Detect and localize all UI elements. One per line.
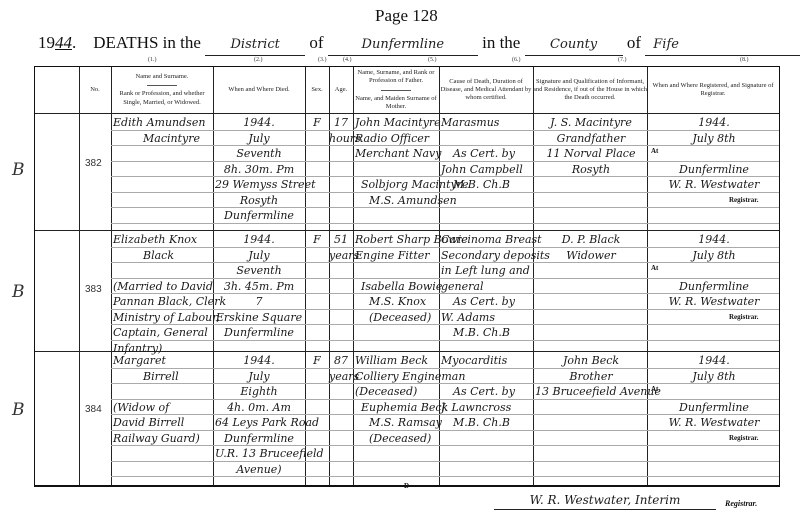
- footer-letter: D: [404, 482, 409, 490]
- cause-of-death: John Campbell: [441, 163, 533, 176]
- registration-details: July 8th: [649, 132, 779, 145]
- cause-of-death: M.B. Ch.B: [453, 416, 545, 429]
- cause-of-death: Secondary deposits: [441, 249, 533, 262]
- when-where-died: Dunfermline: [215, 432, 303, 445]
- deaths-label: DEATHS in the: [93, 33, 201, 52]
- father-details: John Macintyre: [355, 116, 439, 129]
- registrar-label: Registrar.: [729, 196, 779, 204]
- year-prefix: 19: [38, 33, 55, 52]
- deceased-rank: Infantry): [113, 342, 213, 355]
- deceased-rank: Railway Guard): [113, 432, 213, 445]
- when-where-died: 1944.: [215, 233, 303, 246]
- informant-details: Grandfather: [535, 132, 647, 145]
- registration-details: July 8th: [649, 249, 779, 262]
- footer-registrar-signature: W. R. Westwater, Interim: [494, 493, 716, 510]
- header-when-where: When and Where Died.: [213, 67, 305, 113]
- deceased-rank: (Married to David: [113, 280, 213, 293]
- deceased-rank: (Widow of: [113, 401, 213, 414]
- deceased-rank: Ministry of Labour,: [113, 311, 213, 324]
- deceased-rank: Pannan Black, Clerk: [113, 295, 213, 308]
- column-number-4: (4.): [343, 57, 352, 63]
- margin-mark-382: B: [12, 160, 25, 180]
- when-where-died: 4h. 0m. Am: [215, 401, 303, 414]
- registration-details: W. R. Westwater: [649, 295, 779, 308]
- registration-details: 1944.: [649, 233, 779, 246]
- deceased-name: Birrell: [143, 370, 213, 383]
- father-details: Colliery Engineman: [355, 370, 439, 383]
- when-where-died: July: [215, 249, 303, 262]
- cause-of-death: M.B. Ch.B: [453, 178, 545, 191]
- informant-details: John Beck: [535, 354, 647, 367]
- age-value: 87: [329, 354, 353, 367]
- cause-of-death: M.B. Ch.B: [453, 326, 545, 339]
- district-type: District: [205, 37, 305, 56]
- informant-details: Brother: [535, 370, 647, 383]
- when-where-died: 64 Leys Park Road: [215, 416, 303, 429]
- deceased-name: Macintyre: [143, 132, 213, 145]
- informant-details: Widower: [535, 249, 647, 262]
- age-value: years: [329, 370, 353, 383]
- cause-of-death: Marasmus: [441, 116, 533, 129]
- mother-details: (Deceased): [369, 432, 453, 445]
- age-value: 17: [329, 116, 353, 129]
- when-where-died: U.R. 13 Bruceefield: [215, 447, 303, 460]
- registration-details: Dunfermline: [649, 163, 779, 176]
- father-details: Robert Sharp Bowie: [355, 233, 439, 246]
- mother-details: M.S. Ramsay: [369, 416, 453, 429]
- entry-number: 383: [85, 284, 102, 295]
- father-details: Engine Fitter: [355, 249, 439, 262]
- cause-of-death: As Cert. by: [453, 147, 545, 160]
- when-where-died: Eighth: [215, 385, 303, 398]
- registration-details: Dunfermline: [649, 280, 779, 293]
- cause-of-death: As Cert. by: [453, 385, 545, 398]
- registration-details: 1944.: [649, 116, 779, 129]
- column-number-6: (6.): [512, 57, 521, 63]
- registration-details: 1944.: [649, 354, 779, 367]
- when-where-died: Seventh: [215, 147, 303, 160]
- deceased-name: Black: [143, 249, 213, 262]
- header-informant: Signature and Qualification of Informant…: [533, 67, 647, 113]
- registration-details: At: [651, 385, 781, 393]
- column-number-1: (1.): [148, 57, 157, 63]
- column-number-5: (5.): [428, 57, 437, 63]
- deceased-name: Margaret: [113, 354, 213, 367]
- registration-details: July 8th: [649, 370, 779, 383]
- header-parents: Name, Surname, and Rank or Profession of…: [353, 67, 439, 113]
- mother-details: Euphemia Beck: [361, 401, 445, 414]
- of-label-2: of: [627, 33, 641, 52]
- when-where-died: Rosyth: [215, 194, 303, 207]
- header-sex: Sex.: [305, 67, 329, 113]
- when-where-died: Dunfermline: [215, 326, 303, 339]
- column-number-7: (7.): [618, 57, 627, 63]
- when-where-died: 29 Wemyss Street: [215, 178, 303, 191]
- father-details: William Beck: [355, 354, 439, 367]
- registration-details: Dunfermline: [649, 401, 779, 414]
- header-no: No.: [79, 67, 111, 113]
- in-the-label: in the: [482, 33, 520, 52]
- deceased-name: Edith Amundsen: [113, 116, 213, 129]
- county-type: County: [525, 37, 623, 56]
- column-number-2: (2.): [254, 57, 263, 63]
- informant-details: 11 Norval Place: [535, 147, 647, 160]
- registration-details: At: [651, 147, 781, 155]
- cause-of-death: in Left lung and: [441, 264, 533, 277]
- when-where-died: 1944.: [215, 116, 303, 129]
- father-details: Merchant Navy: [355, 147, 439, 160]
- age-value: years: [329, 249, 353, 262]
- margin-mark-383: B: [12, 282, 25, 302]
- entry-number: 384: [85, 404, 102, 415]
- county-name: Fife: [645, 37, 800, 56]
- age-value: 51: [329, 233, 353, 246]
- informant-details: D. P. Black: [535, 233, 647, 246]
- year-suffix: 44: [55, 33, 72, 52]
- cause-of-death: Carcinoma Breast: [441, 233, 533, 246]
- when-where-died: Erskine Square: [215, 311, 303, 324]
- column-number-3: (3.): [318, 57, 327, 63]
- cause-of-death: As Cert. by: [453, 295, 545, 308]
- informant-details: 13 Bruceefield Avenue: [535, 385, 647, 398]
- cause-of-death: Myocarditis: [441, 354, 533, 367]
- when-where-died: 7: [215, 295, 303, 308]
- death-register-table: No. Name and Surname.Rank or Profession,…: [34, 66, 780, 487]
- header-age: Age.: [329, 67, 353, 113]
- deceased-rank: David Birrell: [113, 416, 213, 429]
- deceased-name: Elizabeth Knox: [113, 233, 213, 246]
- when-where-died: Dunfermline: [215, 209, 303, 222]
- entry-number: 382: [85, 158, 102, 169]
- district-name: Dunfermline: [328, 37, 478, 56]
- registrar-label: Registrar.: [729, 313, 779, 321]
- margin-mark-384: B: [12, 400, 25, 420]
- when-where-died: July: [215, 132, 303, 145]
- father-details: Radio Officer: [355, 132, 439, 145]
- mother-details: M.S. Knox: [369, 295, 453, 308]
- when-where-died: Seventh: [215, 264, 303, 277]
- header-registered: When and Where Registered, and Signature…: [647, 67, 779, 113]
- mother-details: Isabella Bowie: [361, 280, 445, 293]
- when-where-died: 8h. 30m. Pm: [215, 163, 303, 176]
- of-label-1: of: [309, 33, 323, 52]
- registration-details: At: [651, 264, 781, 272]
- register-heading: 1944. DEATHS in the District of Dunferml…: [38, 33, 800, 56]
- cause-of-death: W. Adams: [441, 311, 533, 324]
- mother-details: M.S. Amundsen: [369, 194, 453, 207]
- header-cause: Cause of Death, Duration of Disease, and…: [439, 67, 533, 113]
- age-value: hours: [329, 132, 353, 145]
- informant-details: Rosyth: [535, 163, 647, 176]
- when-where-died: 3h. 45m. Pm: [215, 280, 303, 293]
- registration-details: W. R. Westwater: [649, 416, 779, 429]
- cause-of-death: J. Lawncross: [441, 401, 533, 414]
- sex-value: F: [305, 354, 329, 367]
- footer-registrar-label: Registrar.: [725, 499, 757, 508]
- when-where-died: July: [215, 370, 303, 383]
- informant-details: J. S. Macintyre: [535, 116, 647, 129]
- sex-value: F: [305, 116, 329, 129]
- header-name: Name and Surname.Rank or Profession, and…: [111, 67, 213, 113]
- registrar-label: Registrar.: [729, 434, 779, 442]
- when-where-died: Avenue): [215, 463, 303, 476]
- when-where-died: 1944.: [215, 354, 303, 367]
- column-number-8: (8.): [740, 57, 749, 63]
- deceased-rank: Captain, General: [113, 326, 213, 339]
- cause-of-death: general: [441, 280, 533, 293]
- page-number: Page 128: [375, 6, 438, 26]
- father-details: (Deceased): [355, 385, 439, 398]
- registration-details: W. R. Westwater: [649, 178, 779, 191]
- mother-details: Solbjorg Macintyre: [361, 178, 445, 191]
- sex-value: F: [305, 233, 329, 246]
